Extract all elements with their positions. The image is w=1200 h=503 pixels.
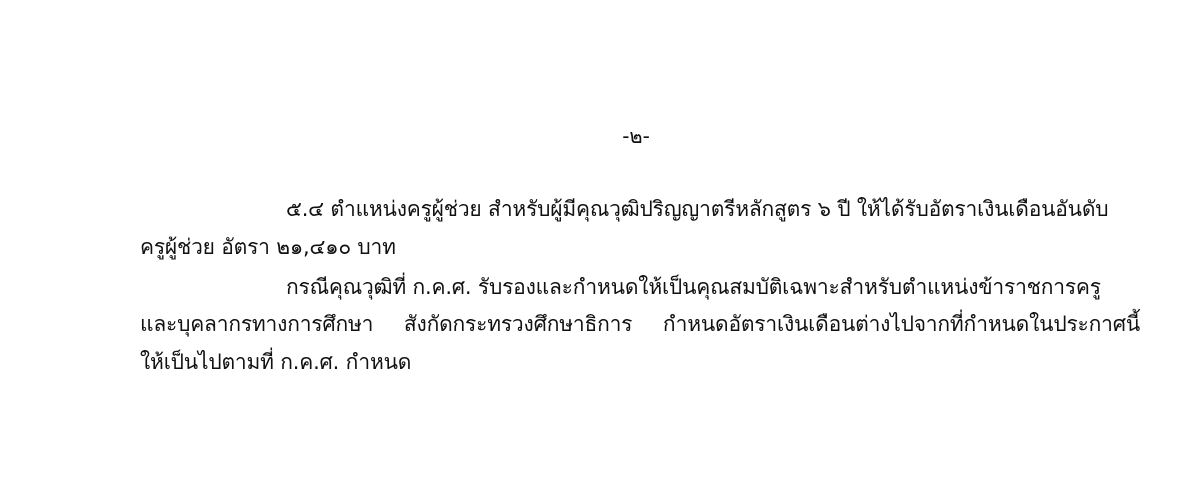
paragraph-line: ให้เป็นไปตามที่ ก.ค.ศ. กำหนด <box>140 347 411 377</box>
paragraph-line: กรณีคุณวุฒิที่ ก.ค.ศ. รับรองและกำหนดให้เ… <box>286 272 1082 302</box>
paragraph-line: ครูผู้ช่วย อัตรา ๒๑,๔๑๐ บาท <box>140 232 396 262</box>
page-number: -๒- <box>0 121 1200 151</box>
paragraph-line: ๕.๔ ตำแหน่งครูผู้ช่วย สำหรับผู้มีคุณวุฒิ… <box>286 194 1082 224</box>
paragraph-line: และบุคลากรทางการศึกษา สังกัดกระทรวงศึกษา… <box>140 309 1140 339</box>
